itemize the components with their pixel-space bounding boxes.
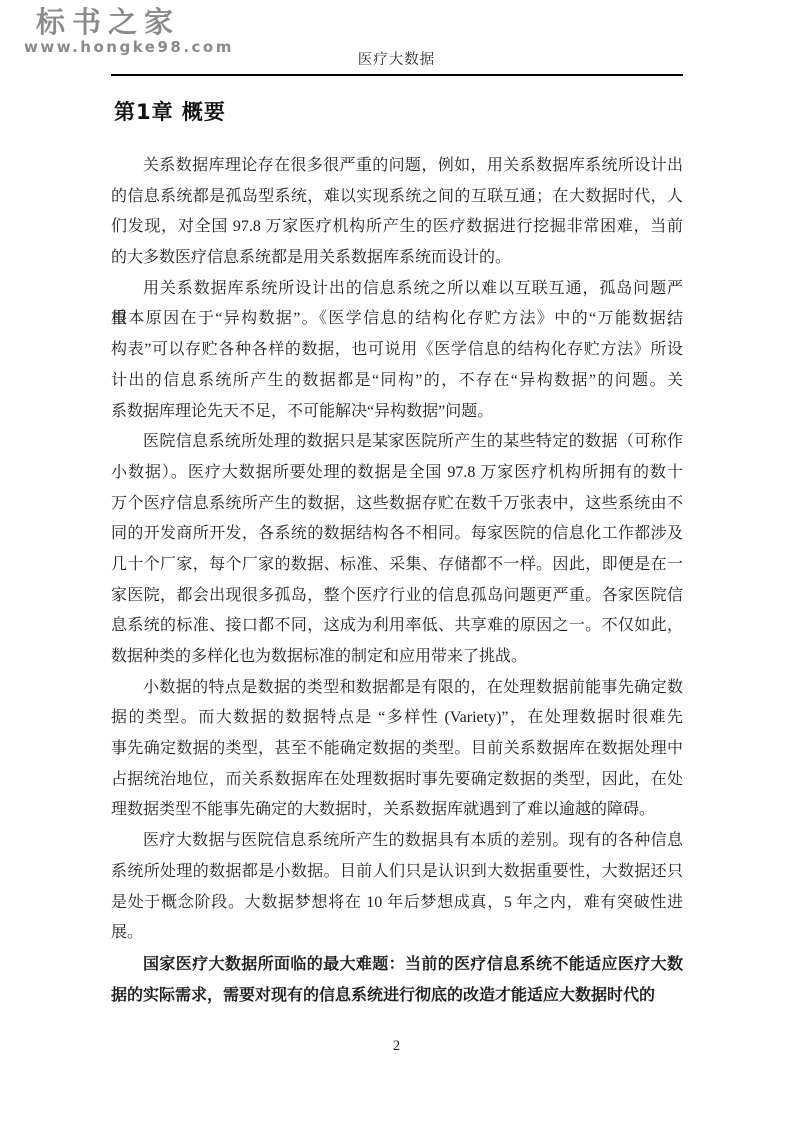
body-text: 关系数据库理论存在很多很严重的问题，例如，用关系数据库系统所设计出的信息系统都是…: [111, 151, 683, 1010]
paragraph-line: 事先确定数据的类型，甚至不能确定数据的类型。目前关系数据库在数据处理中: [111, 734, 683, 765]
paragraph-line: 据的类型。而大数据的数据特点是 “多样性 (Variety)”，在处理数据时很难…: [111, 703, 683, 734]
paragraph-line: 系数据库理论先天不足，不可能解决“异构数据”问题。: [111, 397, 683, 428]
paragraph-line: 的大多数医疗信息系统都是用关系数据库系统而设计的。: [111, 243, 683, 274]
paragraph-line: 数据种类的多样化也为数据标准的制定和应用带来了挑战。: [111, 642, 683, 673]
paragraph-line: 小数据的特点是数据的类型和数据都是有限的，在处理数据前能事先确定数: [111, 673, 683, 704]
paragraph-line: 医疗大数据与医院信息系统所产生的数据具有本质的差别。现有的各种信息: [111, 826, 683, 857]
watermark-logo-text: 标书之家: [24, 8, 234, 37]
paragraph-line: 占据统治地位，而关系数据库在处理数据时事先要确定数据的类型，因此，在处: [111, 765, 683, 796]
paragraph-line: 们发现，对全国 97.8 万家医疗机构所产生的医疗数据进行挖掘非常困难，当前: [111, 212, 683, 243]
paragraph-line: 系统所处理的数据都是小数据。目前人们只是认识到大数据重要性，大数据还只: [111, 857, 683, 888]
paragraph-line: 家医院，都会出现很多孤岛，整个医疗行业的信息孤岛问题更严重。各家医院信: [111, 581, 683, 612]
paragraph-line: 的信息系统都是孤岛型系统，难以实现系统之间的互联互通；在大数据时代，人: [111, 182, 683, 213]
chapter-title: 第1章 概要: [114, 96, 226, 126]
paragraph-line: 息系统的标准、接口都不同，这成为利用率低、共享难的原因之一。不仅如此，: [111, 611, 683, 642]
paragraph-line: 医院信息系统所处理的数据只是某家医院所产生的某些特定的数据（可称作: [111, 427, 683, 458]
running-header: 医疗大数据: [0, 48, 793, 69]
paragraph-line: 展。: [111, 918, 683, 949]
paragraph-line: 小数据）。医疗大数据所要处理的数据是全国 97.8 万家医疗机构所拥有的数十: [111, 458, 683, 489]
running-header-title: 医疗大数据: [358, 52, 436, 68]
document-page: { "watermark": { "name": "标书之家", "url": …: [0, 0, 793, 1122]
paragraph-line: 构表”可以存贮各种各样的数据，也可说用《医学信息的结构化存贮方法》所设: [111, 335, 683, 366]
paragraph-line: 万个医疗信息系统所产生的数据，这些数据存贮在数千万张表中，这些系统由不: [111, 489, 683, 520]
paragraph-line: 关系数据库理论存在很多很严重的问题，例如，用关系数据库系统所设计出: [111, 151, 683, 182]
paragraph-line: 理数据类型不能事先确定的大数据时，关系数据库就遇到了难以逾越的障碍。: [111, 795, 683, 826]
paragraph-line: 根本原因在于“异构数据”。《医学信息的结构化存贮方法》中的“万能数据结: [111, 304, 683, 335]
paragraph-line: 据的实际需求，需要对现有的信息系统进行彻底的改造才能适应大数据时代的: [111, 980, 683, 1011]
header-rule: [111, 74, 683, 76]
paragraph-line: 国家医疗大数据所面临的最大难题：当前的医疗信息系统不能适应医疗大数: [111, 949, 683, 980]
page-number: 2: [0, 1038, 793, 1055]
paragraph-line: 几十个厂家，每个厂家的数据、标准、采集、存储都不一样。因此，即便是在一: [111, 550, 683, 581]
paragraph-line: 计出的信息系统所产生的数据都是“同构”的，不存在“异构数据”的问题。关: [111, 366, 683, 397]
paragraph-line: 是处于概念阶段。大数据梦想将在 10 年后梦想成真，5 年之内，难有突破性进: [111, 888, 683, 919]
paragraph-line: 用关系数据库系统所设计出的信息系统之所以难以互联互通，孤岛问题严重，: [111, 274, 683, 305]
paragraph-line: 同的开发商所开发，各系统的数据结构各不相同。每家医院的信息化工作都涉及: [111, 519, 683, 550]
